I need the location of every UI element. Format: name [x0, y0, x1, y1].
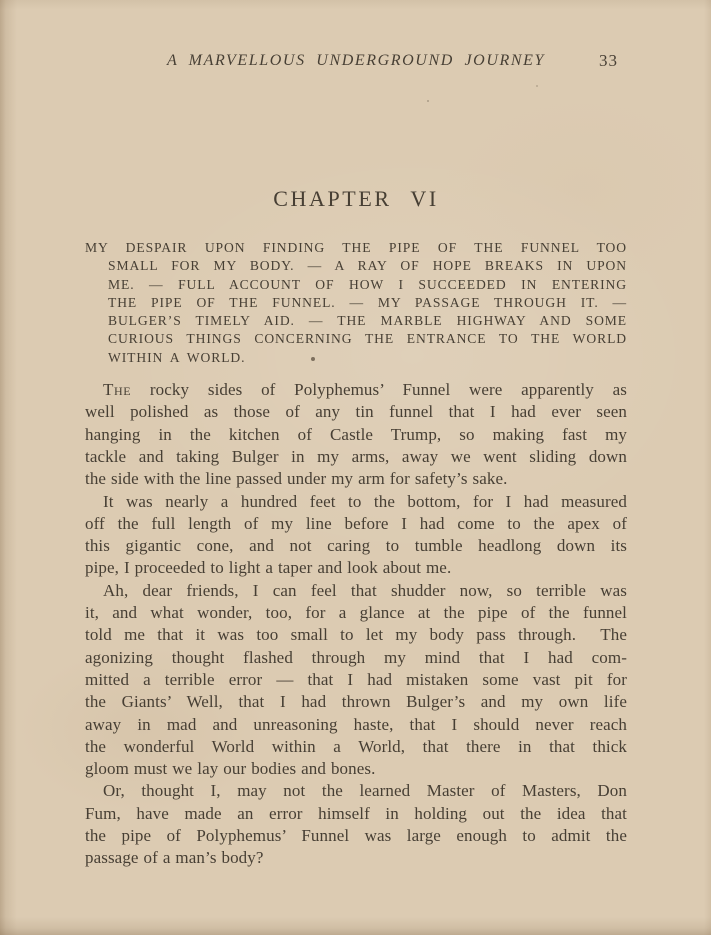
body-line: The rocky sides of Polyphemus’ Funnel we…	[85, 379, 627, 401]
chapter-heading: CHAPTER VI	[85, 187, 627, 211]
body-line: the wonderful World within a World, that…	[85, 736, 627, 758]
book-page: A MARVELLOUS UNDERGROUND JOURNEY 33 CHAP…	[0, 0, 711, 935]
body-text: The rocky sides of Polyphemus’ Funnel we…	[85, 379, 627, 870]
body-line: Fum, have made an error himself in holdi…	[85, 803, 627, 825]
body-line: the Giants’ Well, that I had thrown Bulg…	[85, 691, 627, 713]
body-line: gloom must we lay our bodies and bones.	[85, 758, 627, 780]
chapter-summary: MY DESPAIR UPON FINDING THE PIPE OF THE …	[85, 239, 627, 367]
body-line: told me that it was too small to let my …	[85, 624, 627, 646]
paragraph: It was nearly a hundred feet to the bott…	[85, 491, 627, 580]
body-line: tackle and taking Bulger in my arms, awa…	[85, 446, 627, 468]
summary-line: WITHIN A WORLD.	[108, 349, 627, 367]
body-line: this gigantic cone, and not caring to tu…	[85, 535, 627, 557]
body-line: it, and what wonder, too, for a glance a…	[85, 602, 627, 624]
page-number: 33	[599, 51, 618, 71]
body-line: mitted a terrible error — that I had mis…	[85, 669, 627, 691]
body-line: It was nearly a hundred feet to the bott…	[85, 491, 627, 513]
body-line: agonizing thought flashed through my min…	[85, 647, 627, 669]
body-line: hanging in the kitchen of Castle Trump, …	[85, 424, 627, 446]
body-line: the pipe of Polyphemus’ Funnel was large…	[85, 825, 627, 847]
lead-word: The	[103, 380, 131, 399]
body-line: off the full length of my line before I …	[85, 513, 627, 535]
body-line: Ah, dear friends, I can feel that shudde…	[85, 580, 627, 602]
summary-line: THE PIPE OF THE FUNNEL. — MY PASSAGE THR…	[108, 294, 627, 312]
paragraph: well polished as those of any tin funnel…	[85, 401, 627, 490]
body-line: away in mad and unreasoning haste, that …	[85, 714, 627, 736]
paragraph: Or, thought I, may not the learned Maste…	[85, 780, 627, 869]
summary-line: SMALL FOR MY BODY. — A RAY OF HOPE BREAK…	[108, 257, 627, 275]
lead-rest: rocky sides of Polyphemus’ Funnel were a…	[131, 380, 627, 399]
summary-line: ME. — FULL ACCOUNT OF HOW I SUCCEEDED IN…	[108, 276, 627, 294]
summary-line: MY DESPAIR UPON FINDING THE PIPE OF THE …	[85, 239, 627, 257]
paragraph: Ah, dear friends, I can feel that shudde…	[85, 580, 627, 781]
body-line: pipe, I proceeded to light a taper and l…	[85, 557, 627, 579]
running-title: A MARVELLOUS UNDERGROUND JOURNEY	[85, 52, 627, 70]
summary-line: BULGER’S TIMELY AID. — THE MARBLE HIGHWA…	[108, 312, 627, 330]
paragraphs: well polished as those of any tin funnel…	[85, 401, 627, 869]
summary-line: CURIOUS THINGS CONCERNING THE ENTRANCE T…	[108, 330, 627, 348]
page-content: A MARVELLOUS UNDERGROUND JOURNEY 33 CHAP…	[85, 0, 627, 870]
body-line: Or, thought I, may not the learned Maste…	[85, 780, 627, 802]
running-header: A MARVELLOUS UNDERGROUND JOURNEY 33	[85, 52, 627, 73]
body-line: passage of a man’s body?	[85, 847, 627, 869]
body-line: the side with the line passed under my a…	[85, 468, 627, 490]
body-line: well polished as those of any tin funnel…	[85, 401, 627, 423]
